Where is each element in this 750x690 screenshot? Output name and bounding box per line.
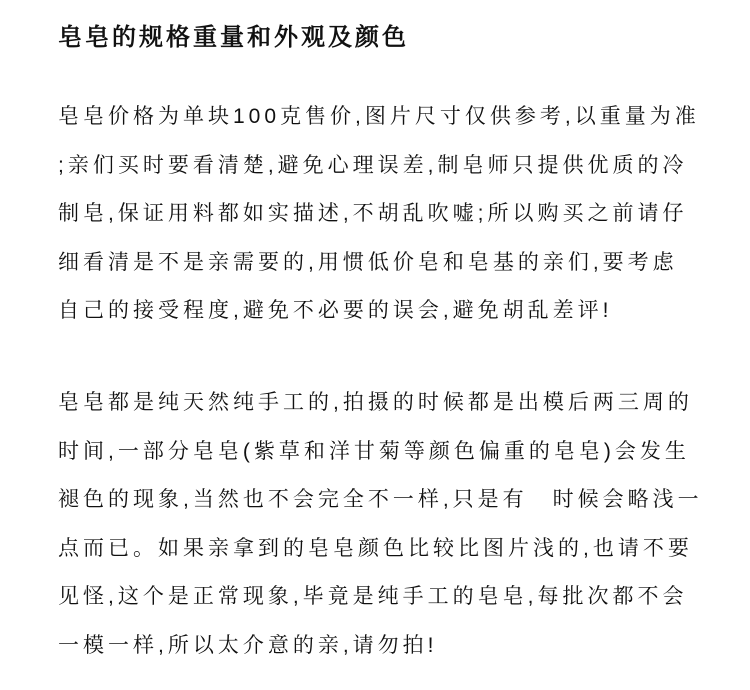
text-line: 细看清是不是亲需要的,用惯低价皂和皂基的亲们,要考虑 [58,239,718,288]
text-line: 时间,一部分皂皂(紫草和洋甘菊等颜色偏重的皂皂)会发生 [58,428,718,477]
paragraph-pricing: 皂皂价格为单块100克售价,图片尺寸仅供参考,以重量为准 ;亲们买时要看清楚,避… [58,93,718,336]
text-line: 见怪,这个是正常现象,毕竟是纯手工的皂皂,每批次都不会 [58,573,718,622]
text-line: 皂皂价格为单块100克售价,图片尺寸仅供参考,以重量为准 [58,93,718,142]
text-line: 制皂,保证用料都如实描述,不胡乱吹嘘;所以购买之前请仔 [58,190,718,239]
text-line: 一模一样,所以太介意的亲,请勿拍! [58,622,718,671]
paragraph-handmade-color: 皂皂都是纯天然纯手工的,拍摄的时候都是出模后两三周的 时间,一部分皂皂(紫草和洋… [58,379,718,670]
text-line: 皂皂都是纯天然纯手工的,拍摄的时候都是出模后两三周的 [58,379,718,428]
page-title: 皂皂的规格重量和外观及颜色 [58,23,409,53]
text-line: 褪色的现象,当然也不会完全不一样,只是有 时候会略浅一 [58,476,718,525]
text-line: 自己的接受程度,避免不必要的误会,避免胡乱差评! [58,287,718,336]
text-line: 点而已。如果亲拿到的皂皂颜色比较比图片浅的,也请不要 [58,525,718,574]
text-line: ;亲们买时要看清楚,避免心理误差,制皂师只提供优质的冷 [58,142,718,191]
document-page: 皂皂的规格重量和外观及颜色 皂皂价格为单块100克售价,图片尺寸仅供参考,以重量… [0,0,750,690]
